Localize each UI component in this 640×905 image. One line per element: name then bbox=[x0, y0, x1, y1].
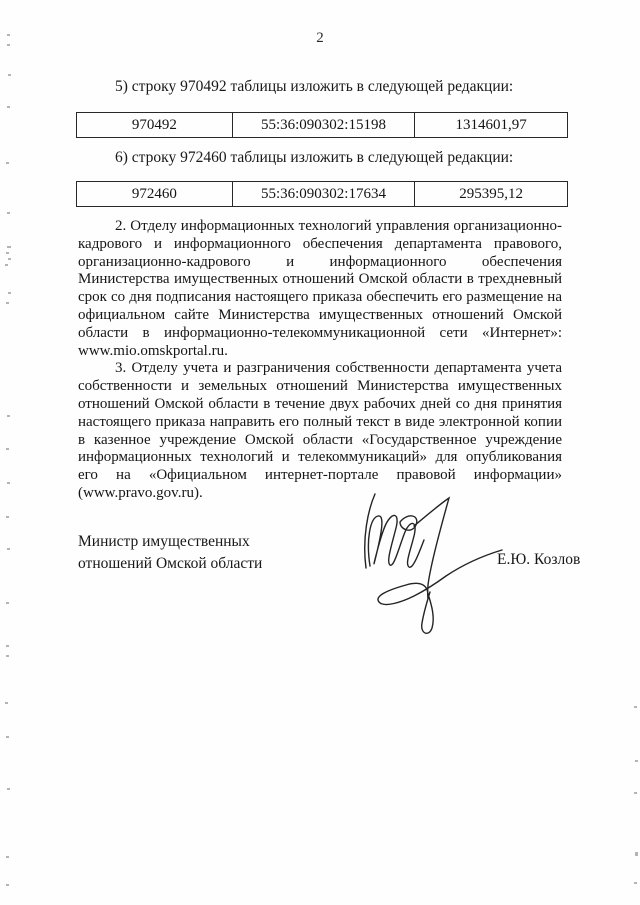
scan-speckle bbox=[8, 292, 11, 294]
paragraph-3: 3. Отделу учета и разграничения собствен… bbox=[78, 360, 562, 502]
scan-speckle bbox=[7, 548, 10, 550]
scan-speckle bbox=[635, 760, 638, 762]
signatory-title: Министр имущественных отношений Омской о… bbox=[78, 531, 262, 575]
scan-speckle bbox=[7, 212, 10, 214]
scan-speckle bbox=[5, 702, 8, 704]
signatory-title-line-2: отношений Омской области bbox=[78, 553, 262, 575]
scan-speckle bbox=[7, 415, 10, 417]
signature-handwritten-icon bbox=[350, 488, 510, 640]
document-page: 2 5) строку 970492 таблицы изложить в сл… bbox=[0, 0, 640, 905]
table-cell-value: 295395,12 bbox=[415, 182, 568, 207]
scan-speckle bbox=[6, 252, 9, 254]
scan-speckle bbox=[7, 482, 10, 484]
paragraph-2: 2. Отделу информационных технологий упра… bbox=[78, 218, 562, 360]
scan-speckle bbox=[634, 706, 637, 708]
table-cell-row-id: 970492 bbox=[77, 113, 233, 138]
scan-speckle bbox=[7, 246, 11, 248]
scan-speckle bbox=[8, 74, 11, 76]
item-5-label: 5) строку 970492 таблицы изложить в след… bbox=[115, 78, 513, 96]
scan-speckle bbox=[7, 106, 10, 108]
table-row-970492: 970492 55:36:090302:15198 1314601,97 bbox=[76, 112, 568, 138]
table-cell-value: 1314601,97 bbox=[415, 113, 568, 138]
table-cell-cadastral-number: 55:36:090302:15198 bbox=[232, 113, 415, 138]
scan-speckle bbox=[6, 516, 9, 518]
scan-speckle bbox=[6, 655, 9, 657]
scan-speckle bbox=[5, 264, 8, 266]
signatory-title-line-1: Министр имущественных bbox=[78, 531, 262, 553]
scan-speckle bbox=[7, 788, 10, 790]
scan-speckle bbox=[635, 852, 638, 856]
scan-speckle bbox=[6, 645, 9, 647]
item-6-label: 6) строку 972460 таблицы изложить в след… bbox=[115, 149, 513, 167]
scan-speckle bbox=[6, 884, 9, 886]
table-row: 970492 55:36:090302:15198 1314601,97 bbox=[77, 113, 568, 138]
scan-speckle bbox=[6, 602, 9, 604]
signatory-name: Е.Ю. Козлов bbox=[497, 551, 580, 569]
scan-speckle bbox=[6, 302, 9, 304]
scan-speckle bbox=[6, 162, 9, 164]
page-number: 2 bbox=[0, 30, 640, 47]
table-cell-cadastral-number: 55:36:090302:17634 bbox=[232, 182, 415, 207]
scan-speckle bbox=[6, 448, 9, 450]
table-cell-row-id: 972460 bbox=[77, 182, 233, 207]
scan-speckle bbox=[6, 856, 9, 858]
table-row-972460: 972460 55:36:090302:17634 295395,12 bbox=[76, 181, 568, 207]
scan-speckle bbox=[7, 44, 10, 46]
scan-speckle bbox=[7, 34, 10, 36]
scan-speckle bbox=[8, 258, 11, 260]
scan-speckle bbox=[634, 792, 637, 794]
body-text: 2. Отделу информационных технологий упра… bbox=[78, 218, 562, 503]
table-row: 972460 55:36:090302:17634 295395,12 bbox=[77, 182, 568, 207]
scan-speckle bbox=[634, 882, 637, 884]
scan-speckle bbox=[6, 736, 9, 738]
